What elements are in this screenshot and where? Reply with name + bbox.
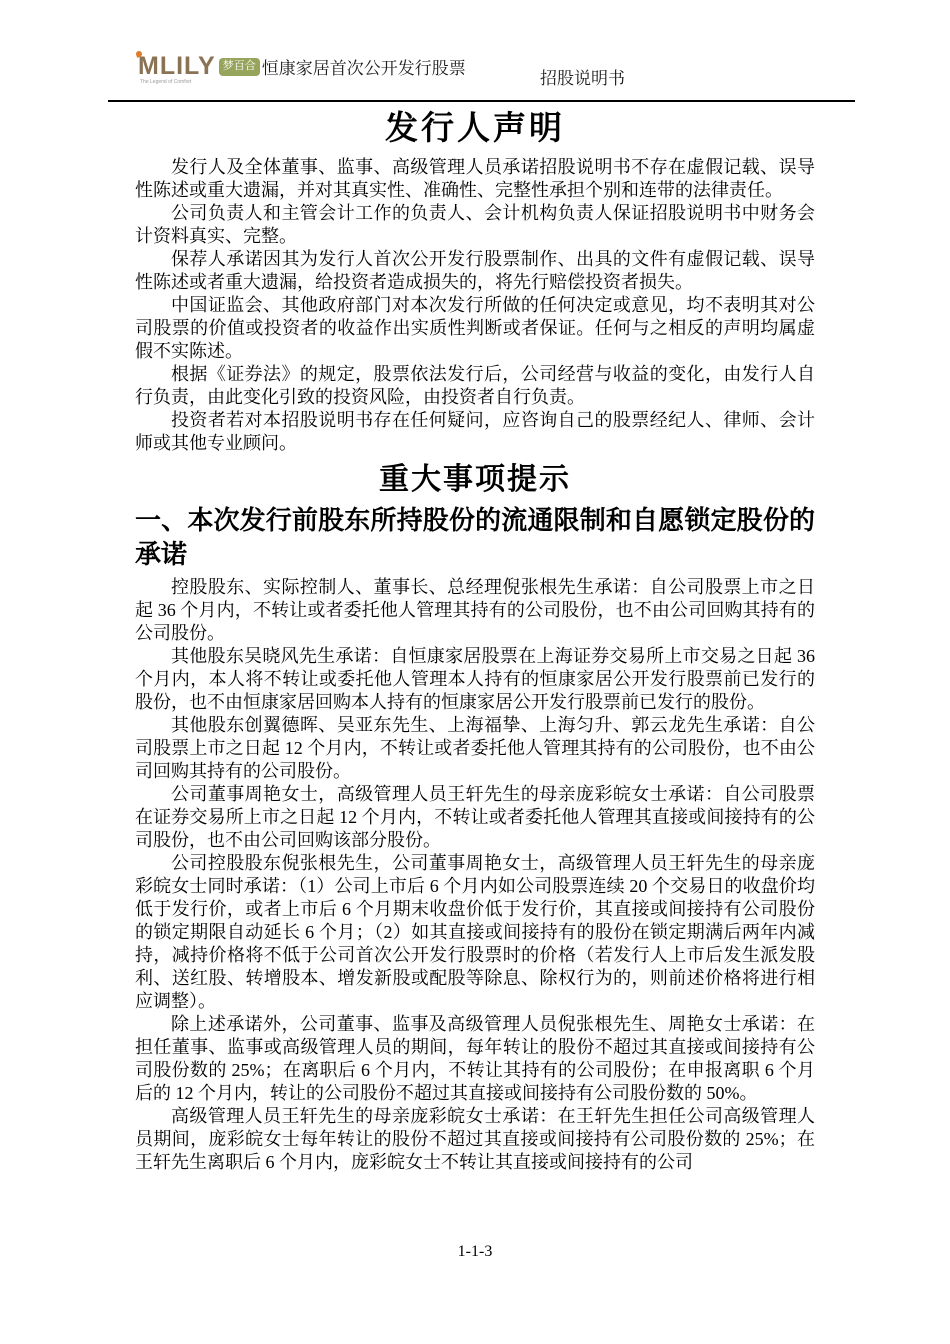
declaration-paragraph-4: 中国证监会、其他政府部门对本次发行所做的任何决定或意见，均不表明其对公司股票的价…	[135, 294, 815, 363]
commitment-paragraph-7: 高级管理人员王轩先生的母亲庞彩皖女士承诺：在王轩先生担任公司高级管理人员期间，庞…	[135, 1105, 815, 1174]
commitment-paragraph-2: 其他股东吴晓风先生承诺：自恒康家居股票在上海证券交易所上市交易之日起 36 个月…	[135, 645, 815, 714]
commitment-paragraph-1: 控股股东、实际控制人、董事长、总经理倪张根先生承诺：自公司股票上市之日起 36 …	[135, 576, 815, 645]
mlily-logo: MLILY The Legend of Comfort 梦百合	[138, 54, 260, 79]
mengbaihe-badge: 梦百合	[219, 58, 260, 76]
declaration-title: 发行人声明	[135, 108, 815, 148]
declaration-paragraph-2: 公司负责人和主管会计工作的负责人、会计机构负责人保证招股说明书中财务会计资料真实…	[135, 202, 815, 248]
major-notice-title: 重大事项提示	[135, 462, 815, 498]
document-body: 发行人声明 发行人及全体董事、监事、高级管理人员承诺招股说明书不存在虚假记载、误…	[135, 106, 815, 1174]
page-header: MLILY The Legend of Comfort 梦百合 恒康家居首次公开…	[138, 54, 855, 96]
header-rule	[108, 100, 855, 102]
commitment-paragraph-5: 公司控股股东倪张根先生，公司董事周艳女士，高级管理人员王轩先生的母亲庞彩皖女士同…	[135, 852, 815, 1013]
header-doc-title: 恒康家居首次公开发行股票	[262, 54, 466, 79]
commitment-paragraph-4: 公司董事周艳女士，高级管理人员王轩先生的母亲庞彩皖女士承诺：自公司股票在证券交易…	[135, 783, 815, 852]
section-1-heading: 一、本次发行前股东所持股份的流通限制和自愿锁定股份的承诺	[135, 503, 815, 571]
declaration-paragraph-1: 发行人及全体董事、监事、高级管理人员承诺招股说明书不存在虚假记载、误导性陈述或重…	[135, 156, 815, 202]
mlily-wordmark: MLILY	[138, 54, 216, 79]
page-number: 1-1-3	[0, 1243, 950, 1261]
commitment-paragraph-6: 除上述承诺外，公司董事、监事及高级管理人员倪张根先生、周艳女士承诺：在担任董事、…	[135, 1013, 815, 1105]
declaration-paragraph-6: 投资者若对本招股说明书存在任何疑问，应咨询自己的股票经纪人、律师、会计师或其他专…	[135, 409, 815, 455]
commitment-paragraph-3: 其他股东创翼德晖、吴亚东先生、上海福挚、上海匀升、郭云龙先生承诺：自公司股票上市…	[135, 714, 815, 783]
declaration-paragraph-3: 保荐人承诺因其为发行人首次公开发行股票制作、出具的文件有虚假记载、误导性陈述或者…	[135, 248, 815, 294]
logo-tagline: The Legend of Comfort	[140, 79, 191, 85]
header-doc-type: 招股说明书	[540, 64, 625, 89]
prospectus-page: MLILY The Legend of Comfort 梦百合 恒康家居首次公开…	[0, 0, 950, 1344]
declaration-paragraph-5: 根据《证券法》的规定，股票依法发行后，公司经营与收益的变化，由发行人自行负责，由…	[135, 363, 815, 409]
